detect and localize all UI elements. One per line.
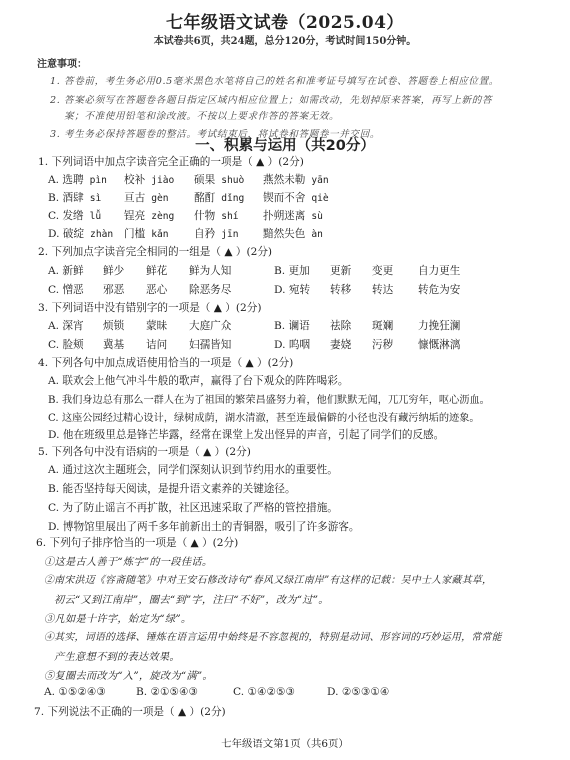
q6-choice-c: C. ①④②⑤③ xyxy=(233,686,295,698)
q2-opt: 自力更生 xyxy=(418,263,460,278)
q1-b-2: 亘古gèn xyxy=(124,190,169,205)
q3-opt: 烦锁 xyxy=(103,318,124,333)
q4-option-c: C. 这座公园经过精心设计，绿树成荫，湖水清澈，甚至连最偏僻的小径也没有藏污纳垢… xyxy=(48,409,480,424)
question-4-stem: 4. 下列各句中加点成语使用恰当的一项是（ ▲ ）(2分) xyxy=(38,355,293,370)
q2-opt: 变更 xyxy=(372,263,393,278)
section-title: 一、积累与运用（共20分） xyxy=(0,134,570,155)
q2-opt: B. 更加 xyxy=(274,263,310,278)
question-1-stem: 1. 下列词语中加点字读音完全正确的一项是（ ▲ ）(2分) xyxy=(38,154,304,169)
q3-opt: 冀基 xyxy=(103,337,124,352)
q3-opt: 大庭广众 xyxy=(189,318,231,333)
q1-a-1: A. 选聘pìn xyxy=(48,172,107,187)
q4-option-b: B. 我们身边总有那么一群人在为了祖国的繁荣昌盛努力着，他们默默无闻，兀兀穷年，… xyxy=(48,391,490,406)
page-footer: 七年级语文第1页（共6页） xyxy=(0,735,570,750)
q2-opt: 邪恶 xyxy=(103,282,124,297)
q2-opt: 鲜为人知 xyxy=(189,263,231,278)
q1-d-2: 门槛kǎn xyxy=(124,226,169,241)
notice-item-2: 2. 答案必须写在答题卷各题目指定区域内相应位置上；如需改动，先划掉原来答案，再… xyxy=(50,92,492,106)
notice-item-2-cont: 案；不准使用铅笔和涂改液。不按以上要求作答的答案无效。 xyxy=(64,108,339,122)
q5-option-b: B. 能否坚持每天阅读，是提升语文素养的关键途径。 xyxy=(48,481,296,496)
q3-opt: C. 脸颊 xyxy=(48,337,84,352)
exam-title: 七年级语文试卷（2025.04） xyxy=(0,8,570,33)
q1-a-4: 燕然未勒yān xyxy=(263,172,329,187)
q1-b-4: 锲而不舍qiè xyxy=(263,190,329,205)
q1-d-1: D. 破绽zhàn xyxy=(48,226,113,241)
q2-opt: 更新 xyxy=(330,263,351,278)
q5-option-a: A. 通过这次主题班会，同学们深刻认识到节约用水的重要性。 xyxy=(48,462,338,477)
q6-sentence-5: ⑤复圈去而改为“入”，旋改为“满”。 xyxy=(44,667,213,682)
q2-opt: 鲜花 xyxy=(146,263,167,278)
question-6-stem: 6. 下列句子排序恰当的一项是（ ▲ ）(2分) xyxy=(36,535,238,550)
q6-sentence-4-cont: 产生意想不到的表达效果。 xyxy=(54,648,180,663)
q6-choice-b: B. ②①⑤④③ xyxy=(136,686,198,698)
q6-sentence-3: ③凡如是十许字，始定为“绿”。 xyxy=(44,610,191,625)
q3-opt: 诘问 xyxy=(146,337,167,352)
q6-sentence-2: ②南宋洪迈《容斋随笔》中对王安石修改诗句“春风又绿江南岸”有这样的记载：吴中士人… xyxy=(44,572,492,586)
q6-choice-a: A. ①⑤②④③ xyxy=(44,686,106,698)
q3-opt: 慷慨淋漓 xyxy=(418,337,460,352)
q5-option-c: C. 为了防止谣言不再扩散，社区迅速采取了严格的管控措施。 xyxy=(48,500,338,515)
q1-b-3: 酩酊dǐng xyxy=(194,190,244,205)
q2-opt: 转危为安 xyxy=(418,282,460,297)
q3-opt: 妻娆 xyxy=(330,337,351,352)
q1-a-2: 校补jiào xyxy=(124,172,174,187)
q3-opt: D. 呜咽 xyxy=(274,337,310,352)
notice-item-1: 1. 答卷前，考生务必用0.5毫米黑色水笔将自己的姓名和准考证号填写在试卷、答题… xyxy=(50,73,499,87)
q1-b-1: B. 酒肆sì xyxy=(48,190,101,205)
q2-opt: 恶心 xyxy=(146,282,167,297)
q6-sentence-1: ①这是古人善于“炼字”的一段佳话。 xyxy=(44,553,212,568)
q1-a-3: 硕果shuò xyxy=(194,172,244,187)
question-5-stem: 5. 下列各句中没有语病的一项是（ ▲ ）(2分) xyxy=(38,444,251,459)
question-3-stem: 3. 下列词语中没有错别字的一项是（ ▲ ）(2分) xyxy=(38,300,261,315)
question-7-stem: 7. 下列说法不正确的一项是（ ▲ ）(2分) xyxy=(34,704,226,719)
question-2-stem: 2. 下列加点字读音完全相同的一组是（ ▲ ）(2分) xyxy=(38,244,272,259)
q2-opt: 除恶务尽 xyxy=(189,282,231,297)
q2-opt: 鲜少 xyxy=(103,263,124,278)
q2-opt: 转达 xyxy=(372,282,393,297)
q3-opt: 妇孺皆知 xyxy=(189,337,231,352)
q3-opt: 污秽 xyxy=(372,337,393,352)
q2-opt: 转移 xyxy=(330,282,351,297)
q2-opt: A. 新鲜 xyxy=(48,263,84,278)
q3-opt: 斑斓 xyxy=(372,318,393,333)
q3-opt: 力挽狂澜 xyxy=(418,318,460,333)
notice-heading: 注意事项： xyxy=(37,55,87,70)
q3-opt: 祛除 xyxy=(330,318,351,333)
q1-c-4: 扑朔迷离sù xyxy=(263,208,323,223)
q3-opt: B. 谰语 xyxy=(274,318,310,333)
q1-d-4: 黯然失色àn xyxy=(263,226,323,241)
q6-sentence-4: ④其实，词语的选择、锤炼在语言运用中始终是不容忽视的，特别是动词、形容词的巧妙运… xyxy=(44,629,502,643)
q5-option-d: D. 博物馆里展出了两千多年前新出土的青铜器，吸引了许多游客。 xyxy=(48,519,359,534)
q6-sentence-2-cont: 初云“又到江南岸”，圈去“到”字，注曰“不好”，改为“过”。 xyxy=(54,591,329,606)
q4-option-a: A. 联欢会上他气冲斗牛般的歌声，赢得了台下观众的阵阵喝彩。 xyxy=(48,373,348,388)
q1-d-3: 自矜jīn xyxy=(194,226,239,241)
q1-c-1: C. 发绺lǚ xyxy=(48,208,101,223)
q3-opt: 蒙昧 xyxy=(146,318,167,333)
q6-choice-d: D. ②⑤③①④ xyxy=(327,686,389,698)
q1-c-3: 什物shí xyxy=(194,208,239,223)
q2-opt: C. 憎恶 xyxy=(48,282,84,297)
q2-opt: D. 宛转 xyxy=(274,282,310,297)
q4-option-d: D. 他在班级里总是锋芒毕露，经常在课堂上发出怪异的声音，引起了同学们的反感。 xyxy=(48,427,444,442)
q1-c-2: 锃亮zèng xyxy=(124,208,174,223)
q3-opt: A. 深宵 xyxy=(48,318,84,333)
exam-subtitle: 本试卷共6页，共24题，总分120分，考试时间150分钟。 xyxy=(0,32,570,47)
